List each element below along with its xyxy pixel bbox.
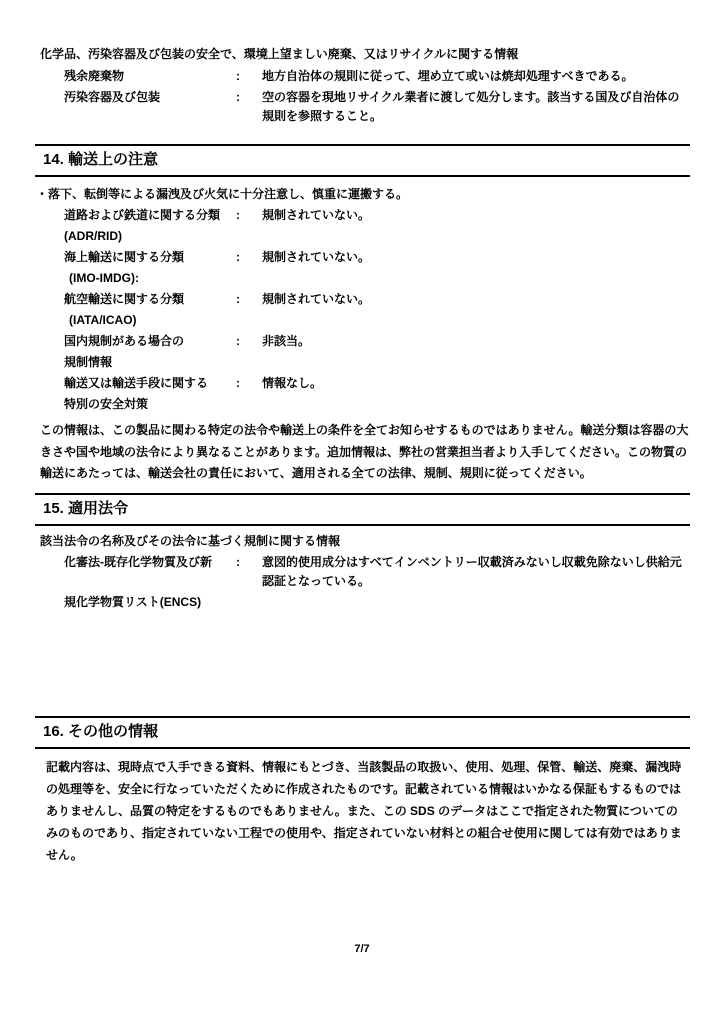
row-label: 道路および鉄道に関する分類 — [64, 206, 236, 225]
row-road-rail: 道路および鉄道に関する分類 : 規制されていない。 — [40, 206, 690, 225]
row-label-line2: (IMO-IMDG): — [64, 269, 241, 288]
transport-classification-rows: 道路および鉄道に関する分類 : 規制されていない。 (ADR/RID) 海上輸送… — [40, 206, 690, 414]
row-label-line2: 特別の安全対策 — [64, 395, 236, 414]
disposal-rows: 残余廃棄物 : 地方自治体の規則に従って、埋め立て或いは焼却処理すべきである。 … — [40, 67, 690, 126]
section-15-header: 15. 適用法令 — [35, 493, 690, 526]
row-value: 情報なし。 — [262, 374, 690, 393]
row-special-safety-measures-line2: 特別の安全対策 — [40, 395, 690, 414]
regulation-intro-text: 該当法令の名称及びその法令に基づく規制に関する情報 — [40, 531, 690, 551]
row-label: 残余廃棄物 — [64, 67, 236, 86]
sds-document-page: 化学品、汚染容器及び包装の安全で、環境上望ましい廃棄、又はリサイクルに関する情報… — [0, 0, 724, 1024]
row-colon: : — [236, 290, 262, 309]
row-encs-law: 化審法-既存化学物質及び新 : 意図的使用成分はすべてインベントリー収載済みない… — [40, 553, 690, 591]
row-value: 規制されていない。 — [262, 248, 690, 267]
row-label-line2: (IATA/ICAO) — [64, 311, 241, 330]
row-value: 空の容器を現地リサイクル業者に渡して処分します。該当する国及び自治体の規則を参照… — [262, 88, 690, 126]
row-label: 航空輸送に関する分類 — [64, 290, 236, 309]
transport-disclaimer-paragraph: この情報は、この製品に関わる特定の法令や輸送上の条件を全てお知らせするものではあ… — [40, 420, 690, 485]
row-colon: : — [236, 88, 262, 107]
row-label: 海上輸送に関する分類 — [64, 248, 236, 267]
row-colon: : — [236, 374, 262, 393]
row-colon: : — [236, 248, 262, 267]
row-encs-law-line2: 規化学物質リスト(ENCS) — [40, 593, 690, 612]
disposal-row-contaminated-packaging: 汚染容器及び包装 : 空の容器を現地リサイクル業者に渡して処分します。該当する国… — [40, 88, 690, 126]
row-label-line2: 規制情報 — [64, 353, 236, 372]
section-14-header: 14. 輸送上の注意 — [35, 144, 690, 177]
disposal-row-residual-waste: 残余廃棄物 : 地方自治体の規則に従って、埋め立て或いは焼却処理すべきである。 — [40, 67, 690, 86]
other-information-paragraph: 記載内容は、現時点で入手できる資料、情報にもとづき、当該製品の取扱い、使用、処理… — [40, 756, 690, 866]
row-sea-transport-code: (IMO-IMDG): — [40, 269, 690, 288]
disposal-intro-text: 化学品、汚染容器及び包装の安全で、環境上望ましい廃棄、又はリサイクルに関する情報 — [40, 44, 690, 64]
row-value: 規制されていない。 — [262, 206, 690, 225]
section-15-body: 該当法令の名称及びその法令に基づく規制に関する情報 化審法-既存化学物質及び新 … — [40, 531, 690, 612]
row-value: 意図的使用成分はすべてインベントリー収載済みないし収載免除ないし供給元認証となっ… — [262, 553, 690, 591]
row-label: 化審法-既存化学物質及び新 — [64, 553, 236, 572]
section-14-body: ・落下、転倒等による漏洩及び火気に十分注意し、慎重に運搬する。 道路および鉄道に… — [40, 184, 690, 485]
row-air-transport-code: (IATA/ICAO) — [40, 311, 690, 330]
disposal-info-block: 化学品、汚染容器及び包装の安全で、環境上望ましい廃棄、又はリサイクルに関する情報… — [40, 44, 690, 126]
row-special-safety-measures: 輸送又は輸送手段に関する : 情報なし。 — [40, 374, 690, 393]
transport-caution-text: ・落下、転倒等による漏洩及び火気に十分注意し、慎重に運搬する。 — [36, 184, 690, 204]
row-air-transport: 航空輸送に関する分類 : 規制されていない。 — [40, 290, 690, 309]
row-sea-transport: 海上輸送に関する分類 : 規制されていない。 — [40, 248, 690, 267]
row-label: 輸送又は輸送手段に関する — [64, 374, 236, 393]
section-16-header: 16. その他の情報 — [35, 716, 690, 749]
row-colon: : — [236, 553, 262, 572]
row-domestic-regulation-line2: 規制情報 — [40, 353, 690, 372]
page-number: 7/7 — [0, 941, 724, 957]
row-value: 地方自治体の規則に従って、埋め立て或いは焼却処理すべきである。 — [262, 67, 690, 86]
row-colon: : — [236, 67, 262, 86]
row-colon: : — [236, 206, 262, 225]
row-label-line2: 規化学物質リスト(ENCS) — [64, 593, 236, 612]
row-domestic-regulation: 国内規制がある場合の : 非該当。 — [40, 332, 690, 351]
row-value: 規制されていない。 — [262, 290, 690, 309]
row-label-line2: (ADR/RID) — [64, 227, 236, 246]
row-label: 国内規制がある場合の — [64, 332, 236, 351]
row-colon: : — [236, 332, 262, 351]
row-road-rail-code: (ADR/RID) — [40, 227, 690, 246]
row-label: 汚染容器及び包装 — [64, 88, 236, 107]
row-value: 非該当。 — [262, 332, 690, 351]
